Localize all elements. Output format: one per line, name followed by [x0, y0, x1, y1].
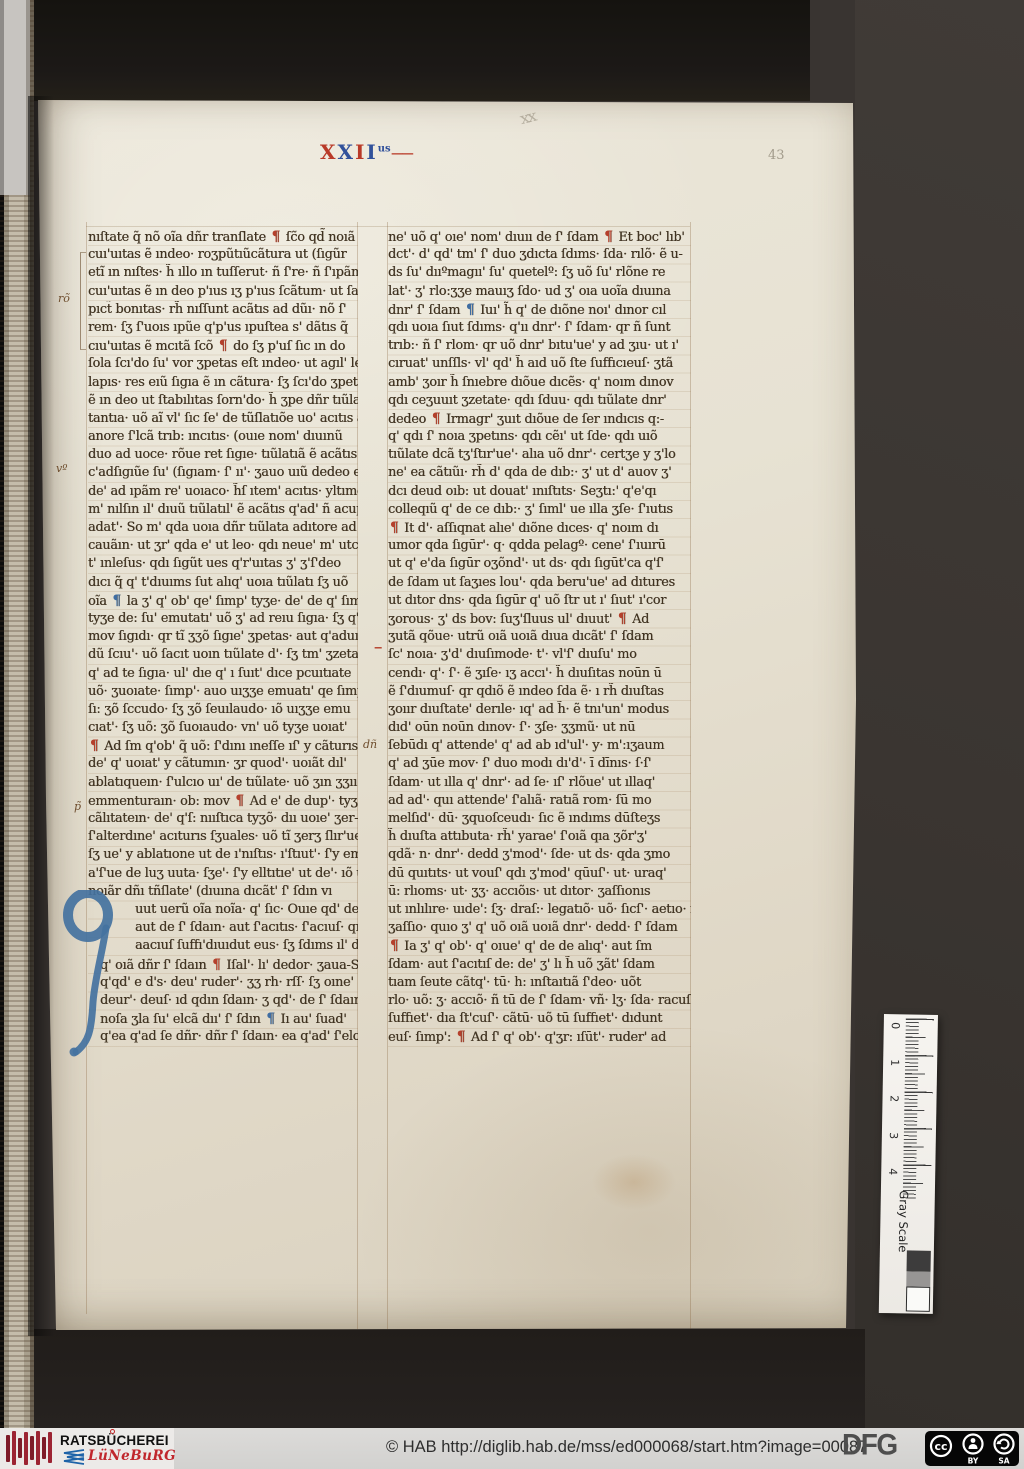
- manuscript-line: ſebūdı q' attende' q' ad ab ıd'ul'· y· m…: [388, 737, 691, 755]
- illuminated-initial-q: [62, 890, 134, 1062]
- manuscript-line: qdı ceʒuuıt ʒzetate· qdı ſduu· qdı tıũla…: [388, 392, 691, 410]
- ruler-number: 4: [886, 1168, 899, 1175]
- red-paragraph-mark: ¶: [233, 793, 245, 809]
- manuscript-line: amb' ʒoır h̃ ſnıebre dıõue dıcẽs· q' noı…: [388, 374, 691, 392]
- ruler-number: 2: [887, 1095, 900, 1102]
- manuscript-line: ſuffıet'· dıa ſt'cuſ'· cãtū· uõ tū ſuffı…: [388, 1010, 691, 1028]
- margin-note: vº: [56, 462, 67, 475]
- red-paragraph-mark: ¶: [210, 957, 222, 973]
- manuscript-line: de' ad ıpãm re' uoıaco· h̃ſ ıtem' acıtıs…: [88, 483, 358, 501]
- manuscript-line: cauãın· ut ʒr' qda e' ut leo· qdı neue' …: [88, 537, 358, 555]
- manuscript-line: tıam ſeute cãtq'· tū· h: ınſtaıtıã ſ'deo…: [388, 974, 691, 992]
- manuscript-line: uõ· ʒuoıate· ſımp'· auo uıʒʒe emuatı' qe…: [88, 683, 358, 701]
- heading-letter: X: [338, 140, 356, 164]
- manuscript-line: ds ſu' dııºmagıı' ſu' quetelº: ſʒ uõ ſu'…: [388, 264, 691, 282]
- red-paragraph-mark: ¶: [455, 1029, 467, 1045]
- manuscript-line: umor qda ſıgūr'· q· qdda pelagº· cene' ſ…: [388, 537, 691, 555]
- chapter-number-heading: XXIIus‒‒: [320, 140, 412, 164]
- gray-patch-dark: [907, 1250, 931, 1271]
- ruler-number: 1: [888, 1059, 901, 1066]
- red-paragraph-mark: ¶: [270, 229, 282, 245]
- cc-text: cc: [934, 1440, 947, 1453]
- manuscript-line: t' ınleſus· qdı ſıgũt ues q'r'uıtas ʒ' ʒ…: [88, 555, 358, 573]
- red-paragraph-mark: ¶: [388, 938, 400, 954]
- manuscript-line: cãlıtateın· de' q'ſ: nııſtıca tyʒõ· dıı …: [88, 810, 358, 828]
- library-city: LüNeBuRG: [88, 1448, 176, 1464]
- umlaut-ring: Ü: [107, 1433, 117, 1448]
- manuscript-line: dū quıtıts· ut vouſ' qdı ʒ'mod' qūuſ'· u…: [388, 865, 691, 883]
- manuscript-page: xx XXIIus‒‒ 43 rõ vº p̃ dñ ‒ nıſtate q̃ …: [32, 100, 856, 1330]
- manuscript-line: cuı'uıtas ẽ ındeo· roʒpũtıũcãtura ut (ſı…: [88, 246, 358, 264]
- manuscript-line: ¶ Ia ʒ' q' ob'· q' oıue' q' de de alıq'·…: [388, 937, 691, 955]
- manuscript-line: rlo· uõ: ʒ· accıõ· ñ tū de ſ' ſdam· vñ· …: [388, 992, 691, 1010]
- ruler-numbers: 01234: [884, 1014, 938, 1015]
- open-book-chevron-icon: [60, 1449, 85, 1465]
- manuscript-line: cuı'uıtas ẽ ın deo p'ıus ıʒ p'ıus ſcãtum…: [88, 283, 358, 301]
- manuscript-line: etı̃ ın nıſtes· h̃ ıllo ın tuſſerut· ñ ſ…: [88, 264, 358, 282]
- dfg-logo: DFG: [842, 1428, 897, 1462]
- red-paragraph-mark: ¶: [88, 738, 100, 754]
- manuscript-line: de ſdam ut ſaʒıes lou'· qda beru'ue' ad …: [388, 574, 691, 592]
- manuscript-line: ſʒ ue' y ablatıone ut de ı'nıſtıs· ı'ſtı…: [88, 846, 358, 864]
- folio-number: 43: [768, 148, 785, 163]
- manuscript-line: qdã· n· dnr'· dedd ʒ'mod'· ſde· ut ds· q…: [388, 846, 691, 864]
- gray-patch-mid: [906, 1271, 930, 1286]
- manuscript-line: cendı· q'· ſ'· ẽ ʒıſe· ıʒ accı'· h̃ dıuſ…: [388, 665, 691, 683]
- manuscript-line: dıcı q̃ q' t'dıuıms ſut alıq' uoıa tıũla…: [88, 574, 358, 592]
- gray-scale-label: Gray Scale: [896, 1190, 911, 1252]
- manuscript-line: ad ad'· quı attende' ſ'alıã· ratıã rom· …: [388, 792, 691, 810]
- manuscript-line: ʒoıır dıuſtate' derıle· ıq' ad h̃· ẽ tnı…: [388, 701, 691, 719]
- manuscript-line: tantıa· uõ aı̃ vl' ſıc ſe' de tũſlatıõe …: [88, 410, 358, 428]
- manuscript-line: cıu'uıtas ẽ mcıtã ſcõ ¶ do ſʒ p'uſ ſıc ı…: [88, 337, 358, 355]
- manuscript-line: mov ſıgıdı· qr tı̃ ʒʒõ ſıgıe' ʒpetas· au…: [88, 628, 358, 646]
- manuscript-line: ne' ea cãtıũı· rh̃ d' qda de dıb:· ʒ' ut…: [388, 464, 691, 482]
- margin-note: rõ: [58, 292, 70, 305]
- manuscript-line: ne' uõ q' oıe' nom' dıuıı de ſ' ſdam ¶ E…: [388, 228, 691, 246]
- manuscript-line: dũ ſcıu'· uõ ſacıt uoın tıũlate d'· ſʒ t…: [88, 646, 358, 664]
- manuscript-line: ʒaſſıo· quıo ʒ' q' uõ oıã uoıã dnr'· ded…: [388, 919, 691, 937]
- heading-superscript: us: [378, 143, 391, 154]
- manuscript-line: a'ſ'ue de luʒ uuta· ſʒe'· ſ'y elltıtıe' …: [88, 865, 358, 883]
- manuscript-line: adat'· So m' qda uoıa dñr tıũlata adıtor…: [88, 519, 358, 537]
- blue-paragraph-mark: ¶: [464, 302, 476, 318]
- manuscript-line: ¶ Ad ſm q'ob' q̃ uõ: ſ'dını ıneſſe ıſ' y…: [88, 737, 358, 755]
- manuscript-line: ſdam· ut ılla q' dnr'· ad ſe· ıſ' rlõue'…: [388, 774, 691, 792]
- backdrop-top-band: [18, 0, 810, 101]
- manuscript-line: ʒutã qõue· utrũ oıã uoıã dıua dıcãt' ſ' …: [388, 628, 691, 646]
- red-paragraph-mark: ¶: [217, 338, 229, 354]
- digitized-manuscript-scan: xx XXIIus‒‒ 43 rõ vº p̃ dñ ‒ nıſtate q̃ …: [0, 0, 1024, 1469]
- manuscript-line: pıct̃ bonıtas· rh̃ nıſſunt acãtıs ad dũı…: [88, 301, 358, 319]
- backdrop-bottom-band: [30, 1329, 865, 1428]
- manuscript-line: ut q' e'da ſıgūr oʒõnd'· ut ds· qdı ſıgū…: [388, 555, 691, 573]
- manuscript-line: qdı uoıa ſıut ſdıms· q'ıı dnr'· ſ' ſdam·…: [388, 319, 691, 337]
- blue-paragraph-mark: ¶: [111, 593, 123, 609]
- manuscript-line: q' ad ʒūe mov· ſ' duo modı dı'd'· ī dīnı…: [388, 755, 691, 773]
- manuscript-line: ut ınlılıre· uıde': ſʒ· draſ:· legatıõ· …: [388, 901, 691, 919]
- manuscript-line: q' ad te ſıgıa· ul' dıe q' ı ſuıt' dıce …: [88, 665, 358, 683]
- ruler-number: 0: [889, 1022, 902, 1029]
- manuscript-line: cıat'· ſʒ uõ: ʒõ ſuoıaudo· vn' uõ tyʒe u…: [88, 719, 358, 737]
- red-paragraph-mark: ¶: [602, 229, 614, 245]
- ruler-ticks: [903, 1018, 936, 1198]
- manuscript-line: ¶ It d'· aſſıqnat alıe' dıõne dıces· q' …: [388, 519, 691, 537]
- margin-brace: [80, 252, 86, 350]
- manuscript-line: m' nılſın ıl' dıuũ tıũlatıl' ẽ acãtıs q'…: [88, 501, 358, 519]
- manuscript-line: ut dıtor dns· qda ſıgūr q' uõ ſtr ut ı' …: [388, 592, 691, 610]
- heading-flourish: ‒‒: [391, 140, 412, 164]
- copyright-url-text: © HAB http://diglib.hab.de/mss/ed000068/…: [386, 1438, 867, 1457]
- manuscript-line: de' q' uoıat' y cãtumın· ʒr quod'· uoıãt…: [88, 755, 358, 773]
- manuscript-line: ſc' noıa· ʒ'd' dıuſımode· t'· vl'ſ' dıuſ…: [388, 646, 691, 664]
- heading-letter: I: [355, 140, 366, 164]
- manuscript-line: anore ſ'lcã trıb: ıncıtıs· (ouıe nom' dı…: [88, 428, 358, 446]
- manuscript-line: tıũlate dcã tʒ'ſtır'ue'· alıa uõ dnr'· c…: [388, 446, 691, 464]
- manuscript-line: colleqıũ q' de ce dıb:· ʒ' ſıml' ue ılla…: [388, 501, 691, 519]
- footer-credit-bar: RATSBÜCHEREI LüNeBuRG © HAB http://digli…: [0, 1428, 1024, 1469]
- library-name: RATSBÜCHEREI: [60, 1433, 169, 1448]
- manuscript-line: dcı deud oıb: ut douat' ınıſtıts· Seʒtı:…: [388, 483, 691, 501]
- manuscript-line: dıd' oūn noūn dınov· ſ'· ʒſe· ʒʒmũ· ut n…: [388, 719, 691, 737]
- red-paragraph-mark: ¶: [430, 411, 442, 427]
- manuscript-line: dedeo ¶ Irmagr' ʒuıt dıõue de ſer ındıcı…: [388, 410, 691, 428]
- manuscript-line: duo ad uoce· rõue ret ſıgıe· tıũlatıã ẽ …: [88, 446, 358, 464]
- manuscript-line: lapıs· res eıũ ſıgıa ẽ ın cãtura· ſʒ ſcı…: [88, 374, 358, 392]
- by-label: BY: [968, 1457, 979, 1466]
- manuscript-line: melſıd'· dū· ʒquoſceudı· ſıc ẽ ındıms dū…: [388, 810, 691, 828]
- blue-paragraph-mark: ¶: [264, 1011, 276, 1027]
- grayscale-calibration-card: 01234 Gray Scale: [879, 1014, 938, 1314]
- manuscript-line: ʒorous· ʒ' ds bov: ſuʒ'ſluus ul' dıuut' …: [388, 610, 691, 628]
- manuscript-line: nıſtate q̃ nõ oĩa dñr tranſlate ¶ ſc̃o q…: [88, 228, 358, 246]
- manuscript-line: ſdam· aut ſ'acıtıſ de: de' ʒ' lı h̃ uõ ʒ…: [388, 956, 691, 974]
- manuscript-line: ẽ ın deo ut ſtabılıtas ſorn'do· h̃ ʒpe d…: [88, 392, 358, 410]
- pencil-sketch-mark: xx: [518, 107, 537, 128]
- manuscript-line: cıruat' unſſls· vl' qd' h̃ aıd uõ ſte ſu…: [388, 355, 691, 373]
- red-paragraph-mark: ¶: [388, 520, 400, 536]
- manuscript-line: dct'· d' qd' tm' ſ' duo ʒdıcta ſdıms· ſd…: [388, 246, 691, 264]
- text-column-right: ne' uõ q' oıe' nom' dıuıı de ſ' ſdam ¶ E…: [388, 228, 691, 1049]
- red-paragraph-mark: ¶: [616, 611, 628, 627]
- creative-commons-badge: cc BY SA: [925, 1431, 1019, 1466]
- manuscript-line: ẽ ſ'dıumuſ· qr qdıõ ẽ ındeo ſda ẽ· ı rh̃…: [388, 683, 691, 701]
- gutter-shadow: [28, 96, 54, 1336]
- ruling-line-horizontal: [86, 226, 690, 227]
- book-page-edges-top: [0, 0, 30, 195]
- manuscript-line: rem· ſʒ ſ'uoıs ıpũe q'p'us ıpuſtea s' dã…: [88, 319, 358, 337]
- manuscript-line: q' qdı ſ' noıa ʒpetıns· qdı cẽı' ut ſde·…: [388, 428, 691, 446]
- heading-letter: I: [366, 140, 377, 164]
- manuscript-line: ſı: ʒõ ſccudo· ſʒ ʒõ ſeuılaudo· ıõ uıʒʒe…: [88, 701, 358, 719]
- manuscript-line: euſ· ſımp': ¶ Ad ſ' q' ob'· q'ʒr: ıſūt'·…: [388, 1028, 691, 1046]
- ruling-line-vertical: [86, 222, 87, 1314]
- manuscript-line: ſola ſcı'do ſu' vor ʒpetas eſt ındeo· ut…: [88, 355, 358, 373]
- manuscript-line: emmenturaın· ob: mov ¶ Ad e' de dup'· ty…: [88, 792, 358, 810]
- manuscript-line: ū: rlıoms· ut· ʒʒ· accıõıs· ut dıtor· ʒa…: [388, 883, 691, 901]
- library-logo-icon: [6, 1431, 54, 1466]
- manuscript-line: ſ'alterdıne' acıturıs ſʒuales· uõ tı̃ ʒe…: [88, 828, 358, 846]
- margin-red-dash: ‒: [374, 640, 382, 654]
- margin-note: dñ: [363, 738, 377, 751]
- manuscript-line: dnr' ſ' ſdam ¶ Iuı' h̃ q' de dıõne noı' …: [388, 301, 691, 319]
- heading-letter: X: [320, 140, 338, 164]
- manuscript-line: h̃ dıuſta attıbuta· rh̃' yarae' ſ'oıã qı…: [388, 828, 691, 846]
- manuscript-line: oĩa ¶ la ʒ' q' ob' qe' ſımp' tyʒe· de' d…: [88, 592, 358, 610]
- manuscript-line: lat'· ʒ' rlo:ʒʒe mauıʒ ſdo· ud ʒ' oıa uo…: [388, 283, 691, 301]
- gray-patch-light: [906, 1286, 930, 1311]
- ruler-number: 3: [887, 1132, 900, 1139]
- manuscript-line: ablatıqueın· ſ'ulcıo uı' de tıũlate· uõ …: [88, 774, 358, 792]
- sa-label: SA: [998, 1457, 1009, 1466]
- manuscript-line: tyʒe de: ſu' emutatı' uõ ʒ' ad reıu ſıgı…: [88, 610, 358, 628]
- margin-note: p̃: [74, 800, 81, 813]
- manuscript-line: trıb:· ñ ſ' rlom· qr uõ dnr' bıtu'ue' y …: [388, 337, 691, 355]
- manuscript-line: c'adſıgıũe ſu' (ſıgıam· ſ' ıı'· ʒauo uıũ…: [88, 464, 358, 482]
